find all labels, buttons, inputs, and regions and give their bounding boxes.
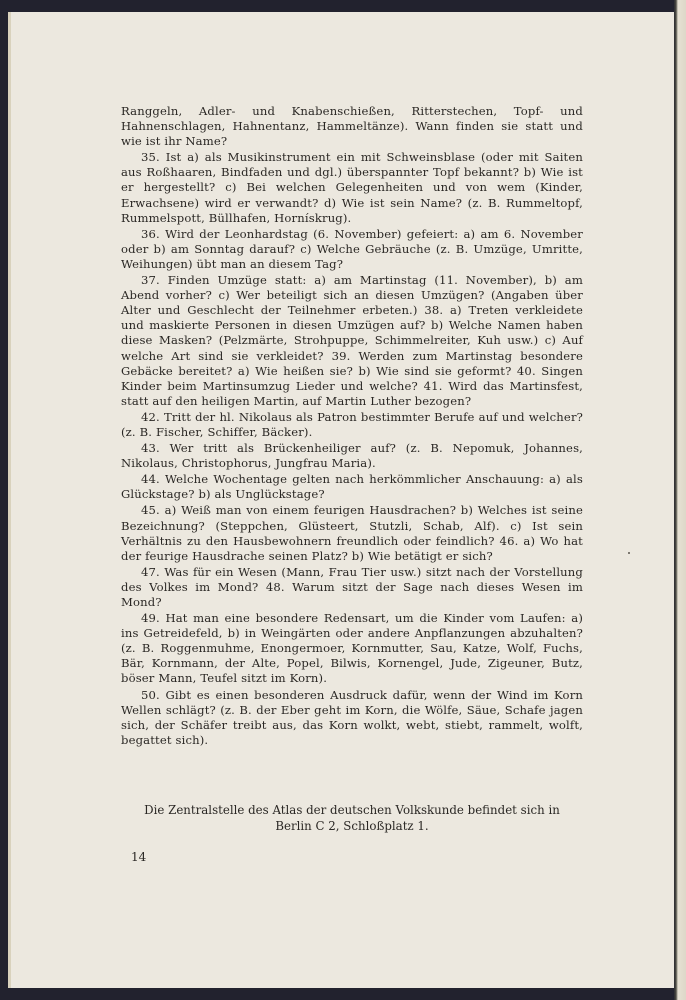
next-page-edge bbox=[674, 0, 686, 1000]
questionnaire-text: Ranggeln, Adler- und Knabenschießen, Rit… bbox=[121, 104, 583, 749]
address-note-line-2: Berlin C 2, Schloßplatz 1. bbox=[121, 818, 583, 834]
paragraph-q44: 44. Welche Wochentage gelten nach herköm… bbox=[121, 472, 583, 502]
paragraph-q35: 35. Ist a) als Musikinstrument ein mit S… bbox=[121, 150, 583, 225]
paragraph-q49: 49. Hat man eine besondere Redensart, um… bbox=[121, 611, 583, 686]
book-page: Ranggeln, Adler- und Knabenschießen, Rit… bbox=[8, 12, 675, 988]
paragraph-q37-41: 37. Finden Umzüge statt: a) am Martinsta… bbox=[121, 273, 583, 409]
address-note: Die Zentralstelle des Atlas der deutsche… bbox=[121, 802, 583, 834]
paragraph-q50: 50. Gibt es einen besonderen Ausdruck da… bbox=[121, 688, 583, 748]
paragraph-q42: 42. Tritt der hl. Nikolaus als Patron be… bbox=[121, 410, 583, 440]
paper-speck bbox=[628, 552, 630, 554]
paragraph-cont: Ranggeln, Adler- und Knabenschießen, Rit… bbox=[121, 104, 583, 149]
address-note-line-1: Die Zentralstelle des Atlas der deutsche… bbox=[121, 802, 583, 818]
paragraph-q36: 36. Wird der Leonhardstag (6. November) … bbox=[121, 227, 583, 272]
paragraph-q47-48: 47. Was für ein Wesen (Mann, Frau Tier u… bbox=[121, 565, 583, 610]
page-number: 14 bbox=[131, 850, 146, 864]
paragraph-q45-46: 45. a) Weiß man von einem feurigen Hausd… bbox=[121, 503, 583, 563]
paragraph-q43: 43. Wer tritt als Brückenheiliger auf? (… bbox=[121, 441, 583, 471]
